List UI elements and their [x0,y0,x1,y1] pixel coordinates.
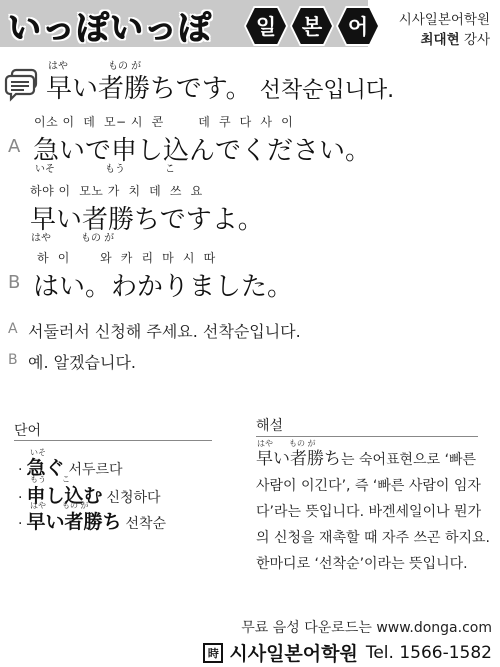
vocab-japanese: 早い者勝ち [26,511,121,533]
badge-eo: 어 [338,8,378,44]
instructor-credit: 최대현 강사 [420,28,490,48]
reading-a1: 이소 이 데 모− 시 콘 데 쿠 다 사 이 [34,113,293,130]
speaker-b: B [8,272,20,293]
ruby-a2: はや もの が [31,229,114,244]
dialogue-b-japanese: はい。わかりました。 [33,266,293,303]
instructor-role: 강사 [464,32,490,48]
footer-phone: Tel. 1566-1582 [366,643,492,663]
explanation-body: 早い者勝ち는 숙어표현으로 ‘빠른 사람이 이긴다’, 즉 ‘빠른 사람이 임자… [256,446,494,577]
academy-logo-icon: 時 [203,643,223,663]
translation-speaker-a: A [8,321,18,337]
ruby-a1: いそ もう こ [35,160,175,175]
title-line: 早い者勝ちです。선착순입니다. [46,68,394,105]
academy-name: 시사일본어학원 [399,8,490,28]
translation-b: 예. 알겠습니다. [28,350,136,373]
explanation-japanese: 早い者勝ち [256,449,341,469]
title-japanese: 早い者勝ちです。 [46,74,252,104]
footer-contact: 時 시사일본어학원 Tel. 1566-1582 [203,639,492,666]
vocab-heading: 단어 [14,420,41,440]
reading-b: 하 이 와 카 리 마 시 따 [37,249,216,266]
chat-bubbles-icon [4,68,40,102]
vocab-korean: 선착순 [125,516,166,532]
series-title: いっぽいっぽ [8,2,212,49]
instructor-name: 최대현 [420,32,459,48]
explanation-text: 는 숙어표현으로 ‘빠른 사람이 이긴다’, 즉 ‘빠른 사람이 임자다’라는 … [256,452,490,572]
download-notice: 무료 음성 다운로드는 www.donga.com [241,617,492,637]
speaker-a: A [8,136,20,157]
explanation-divider [256,436,478,437]
badge-bon: 본 [292,8,332,44]
translation-speaker-b: B [8,352,18,368]
vocab-korean: 서두르다 [68,462,122,478]
bullet: · [18,462,22,478]
badge-hexagon: 본 [290,6,334,46]
title-korean: 선착순입니다. [260,78,395,103]
badge-il: 일 [246,8,286,44]
badge-hexagon: 어 [336,6,380,46]
language-badges: 일 본 어 [244,6,380,46]
badge-hexagon: 일 [244,6,288,46]
explanation-heading: 해설 [256,415,283,435]
vocab-divider [14,440,212,441]
translation-a: 서둘러서 신청해 주세요. 선착순입니다. [28,319,301,342]
footer-brand: 시사일본어학원 [229,639,357,666]
header-band: いっぽいっぽ 일 본 어 [0,0,368,47]
vocab-korean: 신청하다 [106,490,160,506]
reading-a2: 하야 이 모노 가 치 데 쓰 요 [30,182,203,199]
bullet: · [18,490,22,506]
vocab-item: ·早い者勝ち선착순 [18,507,166,534]
bullet: · [18,516,22,532]
